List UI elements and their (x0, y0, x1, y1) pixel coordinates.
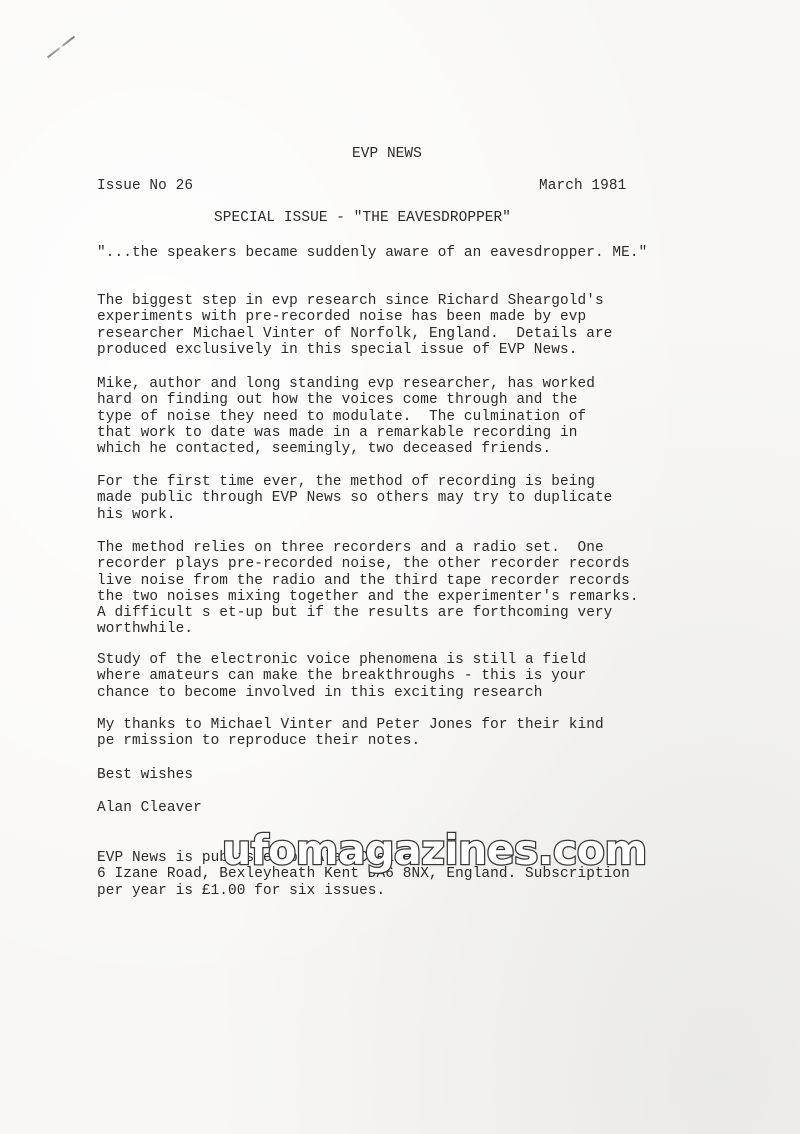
pull-quote: "...the speakers became suddenly aware o… (97, 245, 647, 261)
closing-line: Best wishes (97, 767, 193, 783)
paragraph-mike-work: Mike, author and long standing evp resea… (97, 376, 595, 457)
scanned-page: EVP NEWS Issue No 26 March 1981 SPECIAL … (0, 0, 800, 1134)
masthead-title: EVP NEWS (352, 146, 422, 162)
stray-pen-mark (47, 36, 75, 59)
special-issue-heading: SPECIAL ISSUE - "THE EAVESDROPPER" (214, 210, 511, 226)
paragraph-intro: The biggest step in evp research since R… (97, 293, 612, 358)
paragraph-method-details: The method relies on three recorders and… (97, 540, 639, 638)
signature: Alan Cleaver (97, 800, 202, 816)
paragraph-method-public: For the first time ever, the method of r… (97, 474, 612, 523)
watermark-logo: ufomagazines.com (222, 826, 647, 874)
issue-number: Issue No 26 (97, 178, 193, 194)
issue-date: March 1981 (539, 178, 626, 194)
paragraph-study-field: Study of the electronic voice phenomena … (97, 652, 586, 701)
paragraph-thanks: My thanks to Michael Vinter and Peter Jo… (97, 717, 604, 750)
